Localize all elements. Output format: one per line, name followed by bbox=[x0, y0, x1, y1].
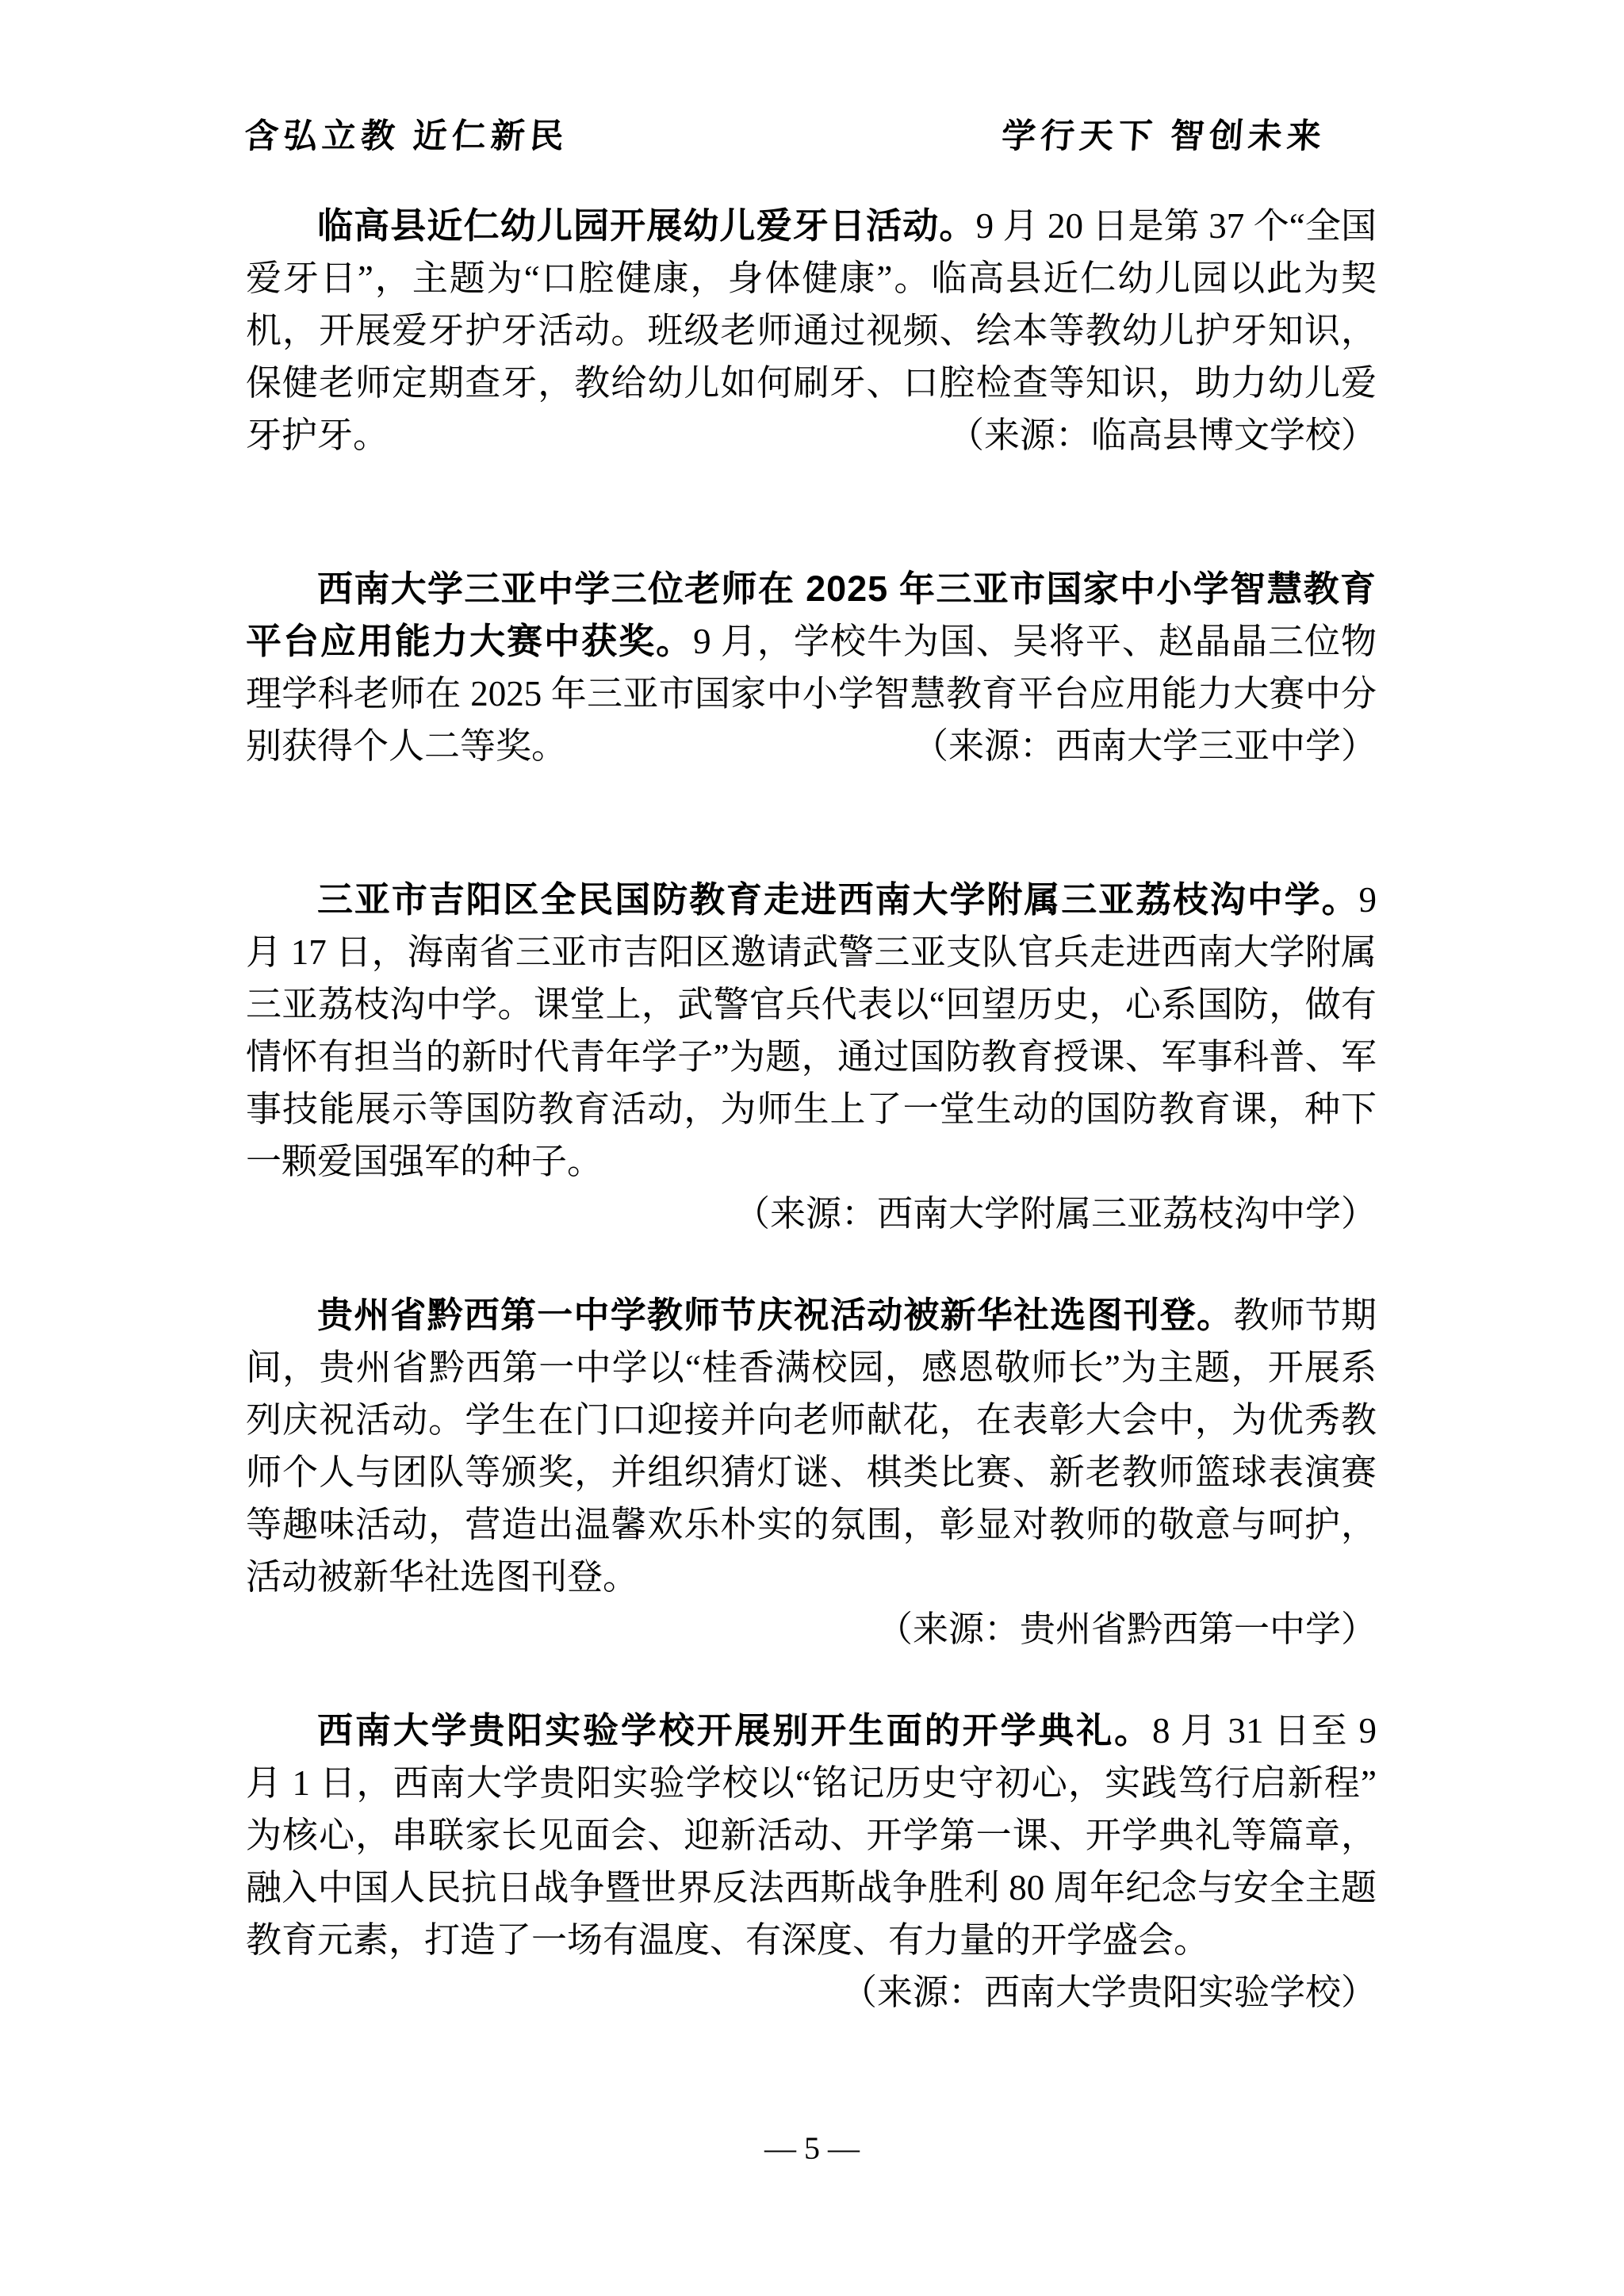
article-1-title: 临高县近仁幼儿园开展幼儿爱牙日活动。 bbox=[317, 205, 976, 246]
article-4-source: （来源：贵州省黔西第一中学） bbox=[246, 1603, 1377, 1655]
header-motto-right: 学行天下 智创未来 bbox=[1001, 119, 1327, 155]
article-4-body: 教师节期间，贵州省黔西第一中学以“桂香满校园，感恩敬师长”为主题，开展系列庆祝活… bbox=[246, 1295, 1377, 1597]
article-5-source: （来源：西南大学贵阳实验学校） bbox=[841, 1966, 1377, 2019]
article-list: 临高县近仁幼儿园开展幼儿爱牙日活动。9 月 20 日是第 37 个“全国爱牙日”… bbox=[246, 200, 1377, 2019]
header-motto-left: 含弘立教 近仁新民 bbox=[243, 119, 569, 155]
page-footer: — 5 — bbox=[0, 2130, 1624, 2168]
article-paragraph-4: 贵州省黔西第一中学教师节庆祝活动被新华社选图刊登。教师节期间，贵州省黔西第一中学… bbox=[246, 1289, 1377, 1655]
article-3-source: （来源：西南大学附属三亚荔枝沟中学） bbox=[246, 1188, 1377, 1240]
article-paragraph-2: 西南大学三亚中学三位老师在 2025 年三亚市国家中小学智慧教育平台应用能力大赛… bbox=[246, 563, 1377, 772]
article-2-source: （来源：西南大学三亚中学） bbox=[913, 720, 1377, 772]
document-page: 含弘立教 近仁新民 学行天下 智创未来 临高县近仁幼儿园开展幼儿爱牙日活动。9 … bbox=[0, 0, 1624, 2296]
article-5-title: 西南大学贵阳实验学校开展别开生面的开学典礼。 bbox=[317, 1710, 1152, 1751]
article-3-body: 9 月 17 日，海南省三亚市吉阳区邀请武警三亚支队官兵走进西南大学附属三亚荔枝… bbox=[246, 880, 1377, 1181]
article-paragraph-5: 西南大学贵阳实验学校开展别开生面的开学典礼。8 月 31 日至 9 月 1 日，… bbox=[246, 1705, 1377, 2019]
article-paragraph-1: 临高县近仁幼儿园开展幼儿爱牙日活动。9 月 20 日是第 37 个“全国爱牙日”… bbox=[246, 200, 1377, 461]
page-number: — 5 — bbox=[764, 2130, 860, 2166]
article-1-source: （来源：临高县博文学校） bbox=[948, 409, 1377, 461]
article-3-title: 三亚市吉阳区全民国防教育走进西南大学附属三亚荔枝沟中学。 bbox=[317, 879, 1359, 920]
page-header: 含弘立教 近仁新民 学行天下 智创未来 bbox=[244, 119, 1377, 155]
article-4-title: 贵州省黔西第一中学教师节庆祝活动被新华社选图刊登。 bbox=[317, 1295, 1233, 1335]
article-paragraph-3: 三亚市吉阳区全民国防教育走进西南大学附属三亚荔枝沟中学。9 月 17 日，海南省… bbox=[246, 874, 1377, 1240]
